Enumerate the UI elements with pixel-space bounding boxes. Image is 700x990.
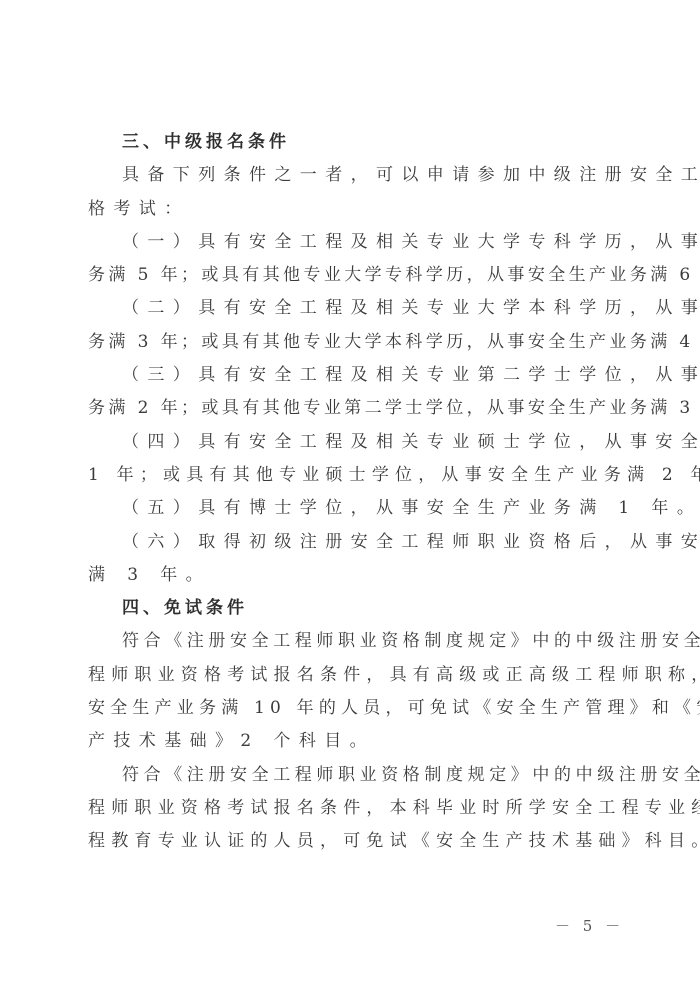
text-line: （二）具有安全工程及相关专业大学本科学历，从事安全生产业 [88,292,608,325]
text-line: 具备下列条件之一者，可以申请参加中级注册安全工程师职业资 [88,159,608,192]
text-line: 程师职业资格考试报名条件，具有高级或正高级工程师职称，并从事 [88,659,608,692]
section-heading-3: 三、中级报名条件 [88,126,608,159]
text-line: 程教育专业认证的人员，可免试《安全生产技术基础》科目。 [88,825,608,858]
text-line: 产技术基础》2 个科目。 [88,725,608,758]
condition-item-6: （六）取得初级注册安全工程师职业资格后，从事安全生产业务 满 3 年。 [88,526,608,593]
text-line: 符合《注册安全工程师职业资格制度规定》中的中级注册安全工 [88,759,608,792]
page-number: － 5 － [555,915,624,936]
text-line: 1 年；或具有其他专业硕士学位，从事安全生产业务满 2 年。 [88,459,608,492]
document-page: 三、中级报名条件 具备下列条件之一者，可以申请参加中级注册安全工程师职业资 格考… [88,126,608,859]
text-line: （一）具有安全工程及相关专业大学专科学历，从事安全生产业 [88,226,608,259]
section3-intro: 具备下列条件之一者，可以申请参加中级注册安全工程师职业资 格考试： [88,159,608,226]
text-line: （五）具有博士学位，从事安全生产业务满 1 年。 [88,492,608,525]
text-line: （六）取得初级注册安全工程师职业资格后，从事安全生产业务 [88,526,608,559]
condition-item-3: （三）具有安全工程及相关专业第二学士学位，从事安全生产业 务满 2 年；或具有其… [88,359,608,426]
text-line: （四）具有安全工程及相关专业硕士学位，从事安全生产业务满 [88,426,608,459]
section-heading-4: 四、免试条件 [88,592,608,625]
text-line: 满 3 年。 [88,559,608,592]
text-line: 格考试： [88,193,608,226]
condition-item-5: （五）具有博士学位，从事安全生产业务满 1 年。 [88,492,608,525]
text-line: 安全生产业务满 10 年的人员，可免试《安全生产管理》和《安全生 [88,692,608,725]
exemption-paragraph-1: 符合《注册安全工程师职业资格制度规定》中的中级注册安全工 程师职业资格考试报名条… [88,625,608,758]
text-line: 务满 3 年；或具有其他专业大学本科学历，从事安全生产业务满 4 年。 [88,326,608,359]
condition-item-4: （四）具有安全工程及相关专业硕士学位，从事安全生产业务满 1 年；或具有其他专业… [88,426,608,493]
text-line: 务满 5 年；或具有其他专业大学专科学历，从事安全生产业务满 6 年。 [88,259,608,292]
text-line: 符合《注册安全工程师职业资格制度规定》中的中级注册安全工 [88,625,608,658]
text-line: （三）具有安全工程及相关专业第二学士学位，从事安全生产业 [88,359,608,392]
exemption-paragraph-2: 符合《注册安全工程师职业资格制度规定》中的中级注册安全工 程师职业资格考试报名条… [88,759,608,859]
condition-item-1: （一）具有安全工程及相关专业大学专科学历，从事安全生产业 务满 5 年；或具有其… [88,226,608,293]
text-line: 程师职业资格考试报名条件，本科毕业时所学安全工程专业经全国工 [88,792,608,825]
condition-item-2: （二）具有安全工程及相关专业大学本科学历，从事安全生产业 务满 3 年；或具有其… [88,292,608,359]
text-line: 务满 2 年；或具有其他专业第二学士学位，从事安全生产业务满 3 年。 [88,392,608,425]
